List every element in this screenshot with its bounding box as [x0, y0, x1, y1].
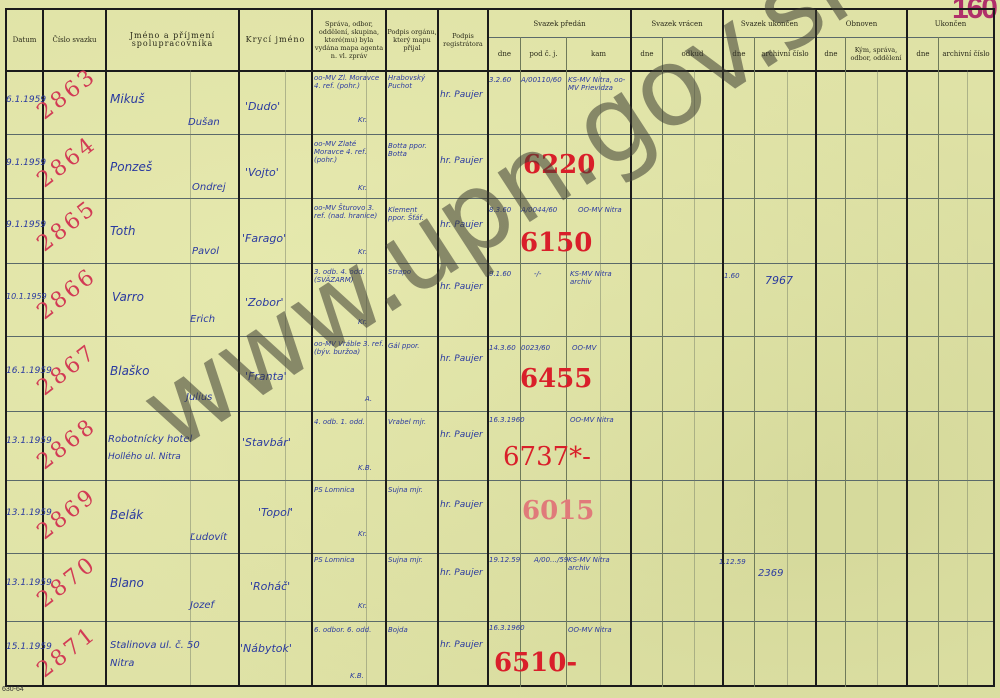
row-handed-date: 19.12.59 — [489, 556, 520, 564]
archive-stamp: 6015 — [522, 496, 594, 526]
row-handed-date: 8.3.60 — [489, 206, 511, 214]
subcol-border — [754, 37, 755, 687]
row-cover-name: 'Zobor' — [245, 296, 284, 309]
header-podpis-organu: Podpis orgánu, který mapu přijal — [387, 10, 437, 70]
row-handed-ref: 0023/60 — [521, 344, 550, 352]
row-department-sign: Kr. — [358, 248, 367, 256]
row-organ-signature: Hrabovský Puchot — [388, 74, 436, 90]
col-border — [906, 8, 908, 687]
faint-rule — [967, 70, 968, 685]
row-cover-name: 'Dudo' — [245, 100, 280, 113]
row-organ-signature: Sujna mjr. — [388, 556, 436, 564]
row-handed-ref: A/00…/59 — [534, 556, 568, 564]
row-department: oo-MV Zl. Moravce 4. ref. (pohr.) — [314, 74, 384, 90]
row-handed-ref: A/0044/60 — [521, 206, 557, 214]
header-obnoven-kym: Kým, správa, odbor, oddělení — [846, 38, 906, 70]
row-registrar-signature: hr. Paujer — [440, 430, 485, 440]
row-organ-signature: Bojda — [388, 626, 408, 634]
row-department: 3. odb. 4. odd. (SVÄZARM) — [314, 268, 384, 284]
header-predan-kam: kam — [567, 38, 630, 70]
row-registrar-signature: hr. Paujer — [440, 282, 485, 292]
row-handed-date: 3.2.60 — [489, 76, 511, 84]
header-sprava: Správa, odbor, oddělení, skupina, které(… — [313, 10, 385, 70]
subcol-border — [662, 37, 663, 687]
row-organ-signature: Botta ppor. Botta — [388, 142, 436, 158]
row-cover-name: 'Stavbár' — [242, 436, 291, 449]
row-handed-to: OO-MV Nitra — [568, 626, 616, 634]
faint-rule — [600, 70, 601, 685]
col-border — [238, 8, 240, 687]
faint-rule — [694, 70, 695, 685]
header-obnoven: Obnoven — [817, 10, 906, 37]
row-organ-signature: Klement ppor. Šťáf. — [388, 206, 436, 222]
header-svazek-vracen: Svazek vrácen — [632, 10, 722, 37]
col-border — [311, 8, 313, 687]
row-closed-archive-number: 2369 — [758, 568, 783, 579]
row-registrar-signature: hr. Paujer — [440, 500, 485, 510]
row-department: oo-MV Šturovo 3. ref. (nad. hranice) — [314, 204, 384, 220]
row-handed-to: OO-MV Nitra — [578, 206, 628, 214]
row-registrar-signature: hr. Paujer — [440, 156, 485, 166]
row-firstname: Julius — [186, 392, 212, 403]
col-border — [105, 8, 107, 687]
row-cover-name: 'Vojto' — [245, 166, 279, 179]
row-registrar-signature: hr. Paujer — [440, 220, 485, 230]
header-jmeno: Jméno a příjmení spolupracovníka — [107, 10, 238, 70]
row-organ-signature: Vrabel mjr. — [388, 418, 436, 426]
row-department-sign: A. — [365, 395, 372, 403]
header-ukoncen2-dne: dne — [908, 38, 938, 70]
archive-stamp: 6510- — [494, 648, 577, 678]
row-firstname: Ľudovít — [190, 532, 227, 543]
row-organ-signature: Sujna mjr. — [388, 486, 436, 494]
faint-rule — [190, 70, 191, 685]
row-organ-signature: Gál ppor. — [388, 342, 436, 350]
row-department-sign: K.B. — [350, 672, 364, 680]
row-surname: Mikuš — [110, 92, 145, 106]
archive-stamp: 6150 — [520, 228, 592, 258]
row-department-sign: K.B. — [358, 464, 372, 472]
row-registrar-signature: hr. Paujer — [440, 354, 485, 364]
faint-rule — [787, 70, 788, 685]
row-department: oo-MV Zlaté Moravce 4. ref. (pohr.) — [314, 140, 384, 164]
col-border — [722, 8, 724, 687]
row-handed-date: 16.3.1960 — [489, 416, 519, 424]
row-surname: Stalinova ul. č. 50 — [110, 640, 200, 651]
row-closed-date: 1.12.59 — [719, 558, 746, 566]
col-border — [993, 8, 995, 687]
row-surname: Robotnícky hotel — [108, 434, 192, 445]
archive-stamp: 6737*- — [503, 442, 591, 472]
row-firstname: Nitra — [110, 658, 134, 669]
header-datum: Datum — [7, 10, 42, 70]
row-registrar-signature: hr. Paujer — [440, 568, 485, 578]
row-handed-to: OO-MV Nitra — [570, 416, 618, 424]
row-handed-to: KS-MV Nitra archiv — [568, 556, 630, 572]
row-handed-date: 14.3.60 — [489, 344, 516, 352]
header-vracen-dne: dne — [632, 38, 662, 70]
row-department-sign: Kr. — [358, 530, 367, 538]
subcol-border — [566, 37, 567, 687]
row-firstname: Jozef — [190, 600, 214, 611]
row-firstname: Ondrej — [192, 182, 226, 193]
row-date: 9.1.1959 — [6, 220, 46, 230]
header-svazek-ukoncen: Svazek ukončen — [724, 10, 815, 37]
row-department-sign: Kr. — [358, 184, 367, 192]
form-code: 630-64 — [2, 686, 24, 693]
header-kryci-jmeno: Krycí jméno — [240, 10, 311, 70]
row-surname: Ponzeš — [110, 160, 152, 174]
archive-stamp: 6220 — [523, 150, 595, 180]
row-department: 6. odbor. 6. odd. — [314, 626, 371, 634]
row-firstname: Dušan — [188, 117, 220, 128]
header-predan-pod: pod č. j. — [521, 38, 566, 70]
header-vracen-odkud: odkud — [663, 38, 722, 70]
row-handed-ref: -/- — [534, 270, 541, 278]
header-svazek-predan: Svazek předán — [489, 10, 630, 37]
row-firstname: Erich — [190, 314, 215, 325]
subcol-border — [938, 37, 939, 687]
col-border — [437, 8, 439, 687]
row-closed-archive-number: 7967 — [765, 274, 793, 287]
row-department-sign: Kr. — [358, 602, 367, 610]
row-firstname: Pavol — [192, 246, 219, 257]
header-obnoven-dne: dne — [817, 38, 845, 70]
faint-rule — [877, 70, 878, 685]
col-border — [385, 8, 387, 687]
row-department: PS Lomnica — [314, 486, 354, 494]
row-surname: Varro — [112, 290, 144, 304]
header-cislo-svazku: Číslo svazku — [44, 10, 105, 70]
row-cover-name: 'Roháč' — [250, 580, 290, 593]
row-handed-date: 16.3.1960 — [489, 624, 519, 632]
header-podpis-registratora: Podpis registrátora — [439, 10, 487, 70]
row-surname: Blaško — [110, 364, 149, 378]
row-cover-name: 'Nábytok' — [240, 642, 292, 655]
row-surname: Belák — [110, 508, 143, 522]
row-department-sign: Kr. — [358, 116, 367, 124]
header-predan-dne: dne — [489, 38, 520, 70]
row-registrar-signature: hr. Paujer — [440, 640, 485, 650]
row-department-sign: Kr. — [358, 318, 367, 326]
subcol-border — [520, 37, 521, 687]
header-ukoncen2: Ukončen — [908, 10, 993, 37]
row-cover-name: 'Franta' — [245, 370, 287, 383]
row-department: oo-MV Vráble 3. ref. (býv. buržoa) — [314, 340, 384, 356]
row-surname: Toth — [110, 224, 136, 238]
row-handed-ref: A/00110/60 — [521, 76, 562, 84]
row-department: 4. odb. 1. odd. — [314, 418, 384, 426]
archive-stamp: 6455 — [520, 364, 592, 394]
row-handed-to: KS-MV Nitra, oo-MV Prievidza — [568, 76, 630, 92]
header-ukoncen-dne: dne — [724, 38, 754, 70]
row-closed-date: 1.60 — [724, 272, 740, 280]
subcol-border — [845, 37, 846, 687]
header-ukoncen2-archivni: archivní číslo — [939, 38, 993, 70]
row-handed-to: KS-MV Nitra archiv — [570, 270, 630, 286]
row-cover-name: 'Topoľ' — [258, 506, 293, 519]
row-handed-to: OO-MV — [572, 344, 596, 352]
row-organ-signature: Strapo — [388, 268, 436, 276]
row-date: 15.1.1959 — [6, 642, 52, 652]
row-department: PS Lomnica — [314, 556, 354, 564]
row-cover-name: 'Farago' — [242, 232, 286, 245]
header-ukoncen-archivni: archivní číslo — [755, 38, 815, 70]
col-border — [815, 8, 817, 687]
row-handed-date: 9.1.60 — [489, 270, 511, 278]
row-surname: Blano — [110, 576, 144, 590]
row-registrar-signature: hr. Paujer — [440, 90, 485, 100]
col-border — [630, 8, 632, 687]
row-firstname: Hollého ul. Nitra — [108, 452, 181, 462]
